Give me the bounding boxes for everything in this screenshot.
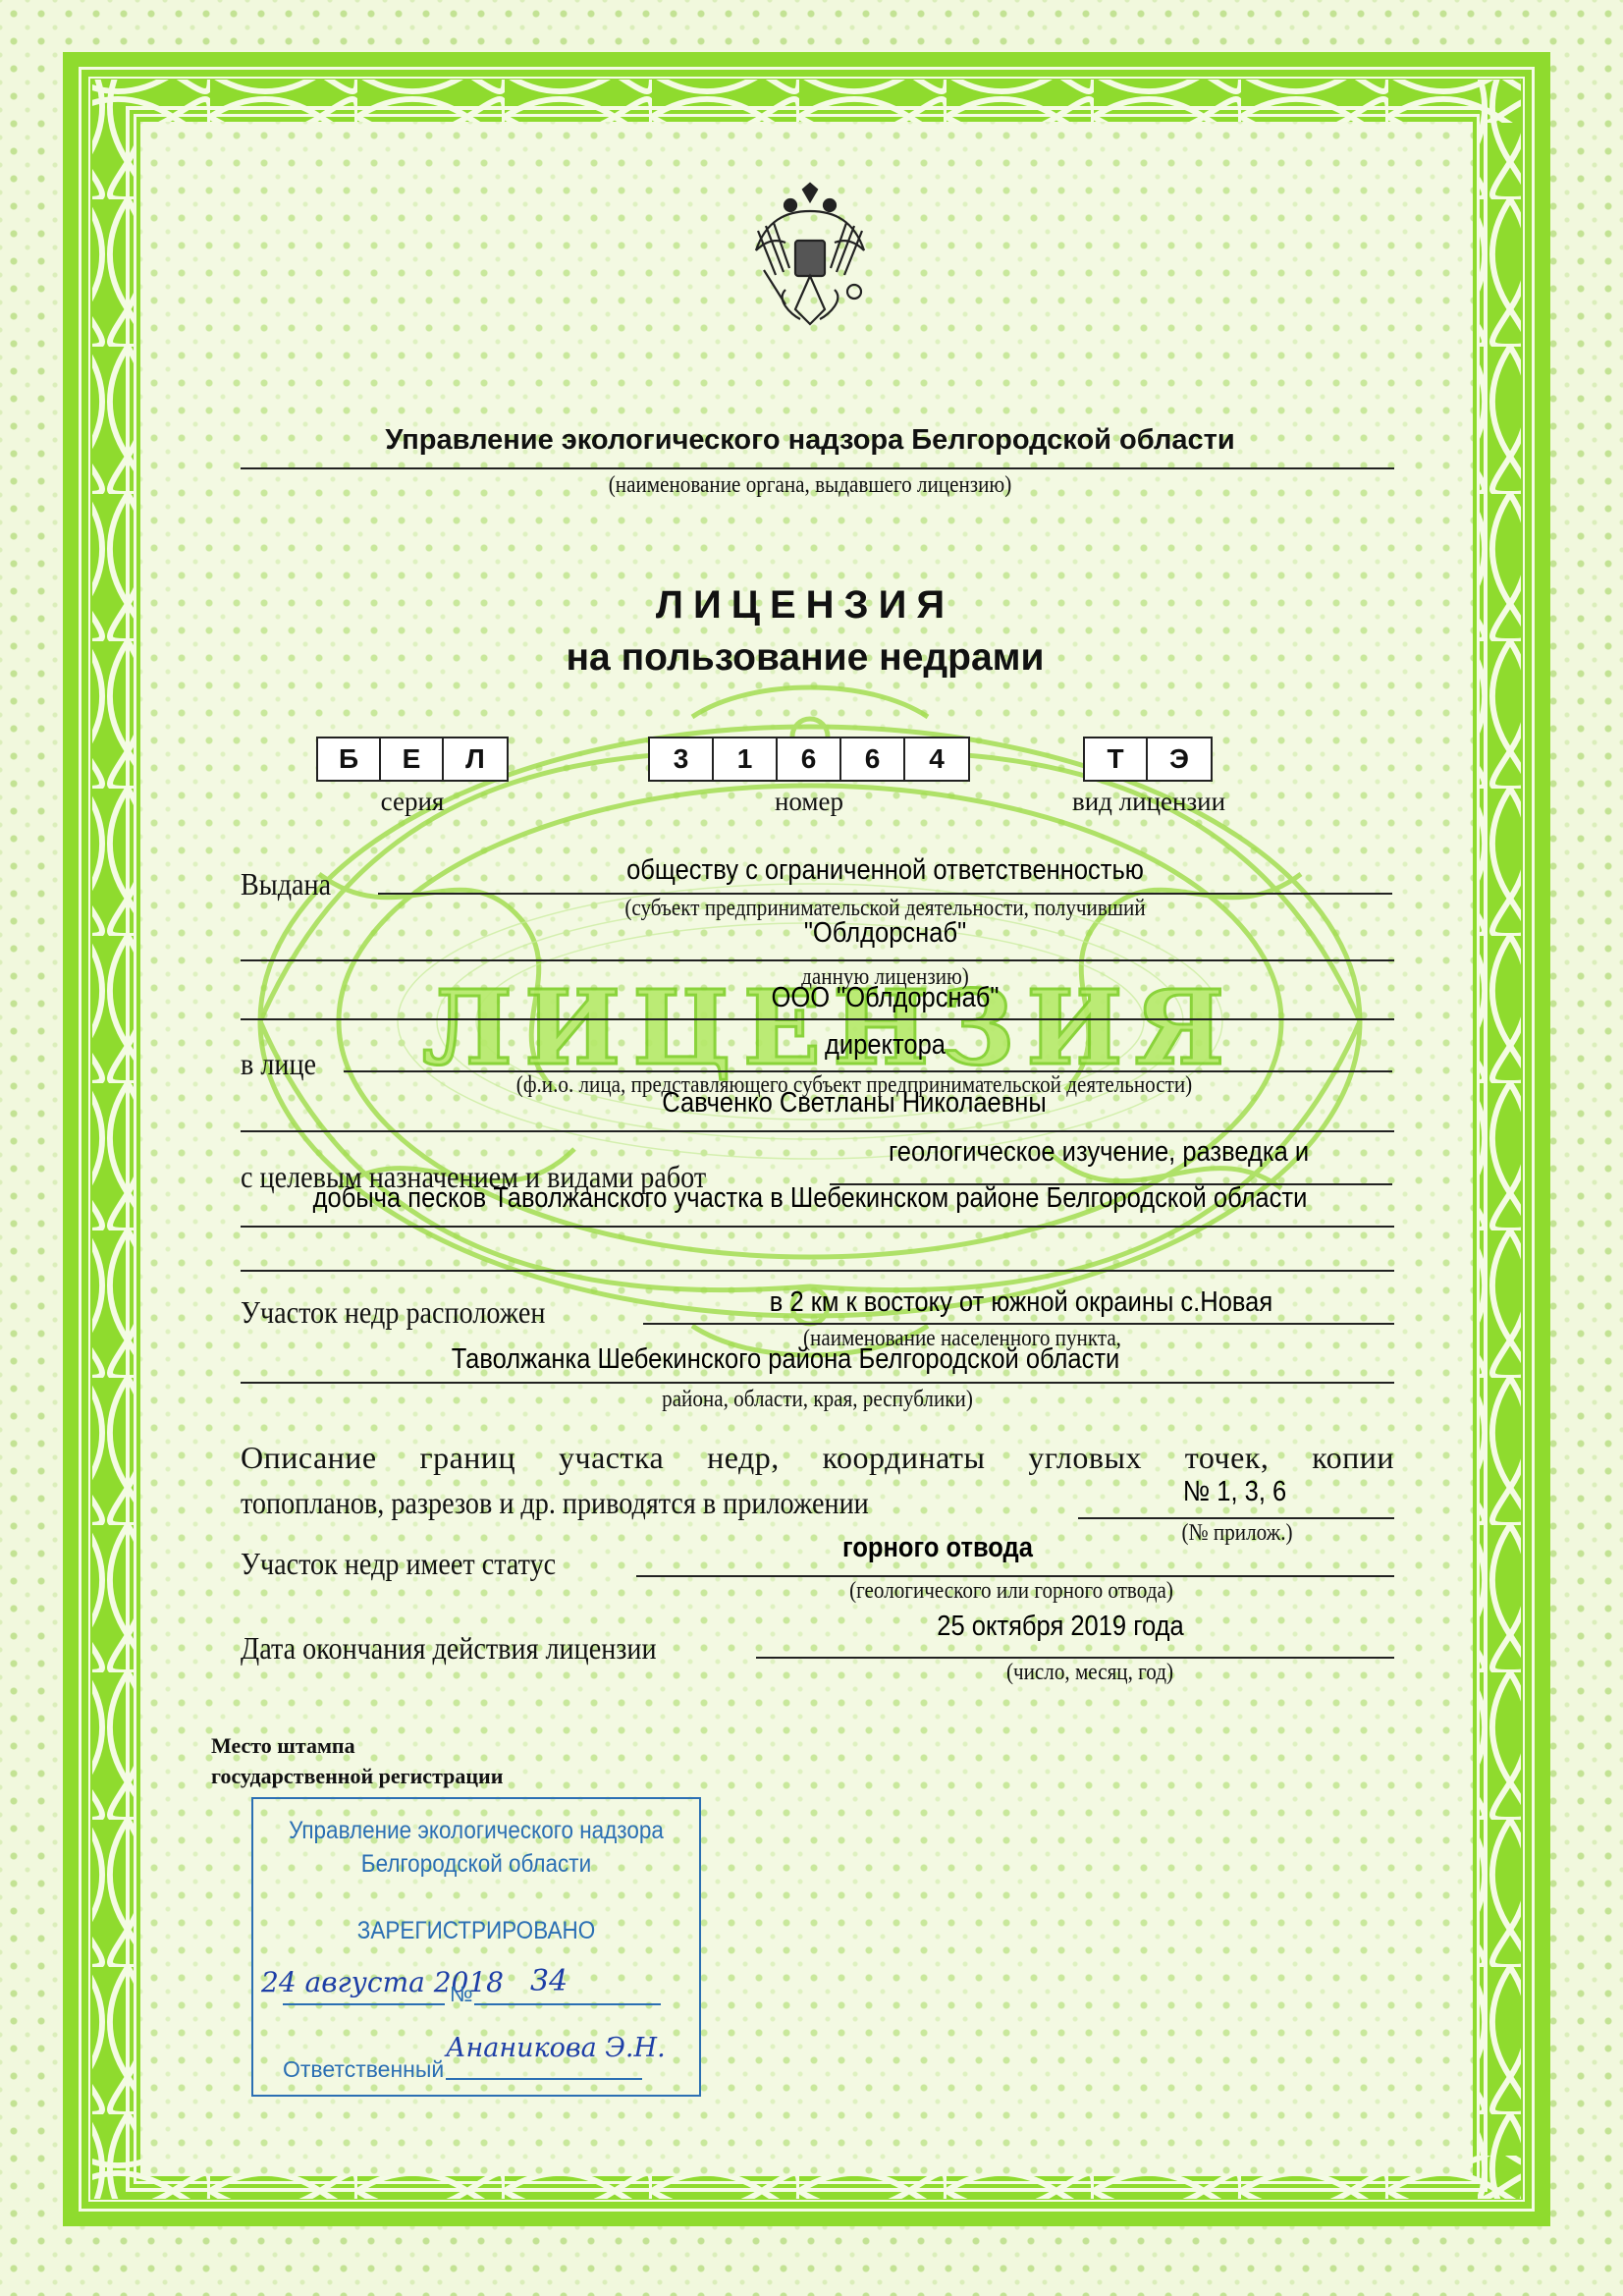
- issued-to-line-3: [241, 1018, 1394, 1020]
- issuer-hint: (наименование органа, выдавшего лицензию…: [309, 472, 1312, 499]
- document-title: ЛИЦЕНЗИЯ: [295, 583, 1316, 628]
- stamp-place-label-1: Место штампа: [211, 1733, 355, 1759]
- stamp-signature-handwritten: Ананикова Э.Н.: [446, 2033, 666, 2063]
- stamp-number-handwritten: 34: [530, 1964, 568, 1998]
- series-char: Л: [444, 738, 507, 780]
- series-char: Б: [318, 738, 381, 780]
- representative-name: Савченко Светланы Николаевны: [388, 1087, 1321, 1120]
- appendix-text-1: Описание границ участка недр, координаты…: [241, 1440, 1394, 1476]
- series-boxes: Б Е Л: [316, 737, 509, 782]
- number-char: 6: [841, 738, 905, 780]
- stamp-place-label-2: государственной регистрации: [211, 1764, 503, 1789]
- coat-of-arms-icon: [746, 182, 874, 329]
- location-value-1: в 2 км к востоку от южной окраины с.Нова…: [693, 1286, 1350, 1319]
- issued-to-line-1: [378, 893, 1392, 895]
- represented-by-label: в лице: [241, 1046, 316, 1082]
- purpose-value-2: добыча песков Таволжанского участка в Ше…: [270, 1182, 1350, 1215]
- license-type-char: Э: [1148, 738, 1211, 780]
- registration-stamp: Управление экологического надзора Белгор…: [251, 1797, 701, 2097]
- location-line-2: [241, 1382, 1394, 1384]
- stamp-org-line-2: Белгородской области: [276, 1850, 677, 1879]
- stamp-number-label: №: [450, 1982, 473, 2007]
- purpose-line-2: [241, 1226, 1394, 1228]
- appendix-value: № 1, 3, 6: [1095, 1476, 1376, 1508]
- status-value: горного отвода: [786, 1532, 1089, 1564]
- issuer-underline: [241, 467, 1394, 469]
- appendix-text-2: топопланов, разрезов и др. приводятся в …: [241, 1485, 869, 1521]
- issued-to-line-2: [241, 959, 1394, 961]
- appendix-line: [1078, 1517, 1394, 1519]
- appendix-hint: (№ прилож.): [1133, 1520, 1340, 1547]
- series-char: Е: [381, 738, 444, 780]
- stamp-status: ЗАРЕГИСТРИРОВАНО: [276, 1917, 677, 1945]
- status-line: [636, 1575, 1394, 1577]
- status-hint: (геологического или горного отвода): [795, 1578, 1227, 1605]
- location-line-1: [643, 1323, 1394, 1325]
- stamp-responsible-line: [446, 2078, 642, 2080]
- expiry-line: [756, 1657, 1394, 1659]
- issued-to-value-2: "Облдорснаб": [439, 917, 1331, 950]
- issued-to-value-1: обществу с ограниченной ответственностью: [439, 854, 1331, 887]
- expiry-value: 25 октября 2019 года: [862, 1611, 1260, 1643]
- represented-by-line-2: [241, 1130, 1394, 1132]
- stamp-org-line-1: Управление экологического надзора: [276, 1817, 677, 1845]
- number-char: 3: [650, 738, 714, 780]
- representative-position: директора: [439, 1029, 1331, 1062]
- number-char: 1: [714, 738, 778, 780]
- series-label: серия: [316, 787, 509, 817]
- issued-to-value-3: ООО "Облдорснаб": [439, 982, 1331, 1014]
- number-boxes: 3 1 6 6 4: [648, 737, 970, 782]
- license-type-label: вид лицензии: [1041, 787, 1257, 817]
- expiry-hint: (число, месяц, год): [943, 1660, 1236, 1686]
- location-value-2: Таволжанка Шебекинского района Белгородс…: [353, 1343, 1217, 1376]
- location-label: Участок недр расположен: [241, 1294, 545, 1331]
- expiry-label: Дата окончания действия лицензии: [241, 1630, 657, 1667]
- document-subtitle: на пользование недрами: [295, 636, 1316, 680]
- stamp-responsible-label: Ответственный: [283, 2056, 444, 2083]
- location-hint-2: района, области, края, республики): [310, 1387, 1325, 1413]
- stamp-date-line: [283, 2003, 445, 2005]
- stamp-number-line: [474, 2003, 661, 2005]
- number-char: 6: [778, 738, 841, 780]
- license-type-boxes: Т Э: [1083, 737, 1213, 782]
- number-label: номер: [648, 787, 970, 817]
- status-label: Участок недр имеет статус: [241, 1546, 556, 1582]
- purpose-line-3: [241, 1270, 1394, 1272]
- license-type-char: Т: [1085, 738, 1148, 780]
- issuer-name: Управление экологического надзора Белгор…: [241, 424, 1380, 457]
- issued-to-label: Выдана: [241, 866, 331, 902]
- purpose-value-1: геологическое изучение, разведка и: [889, 1136, 1346, 1169]
- number-char: 4: [905, 738, 968, 780]
